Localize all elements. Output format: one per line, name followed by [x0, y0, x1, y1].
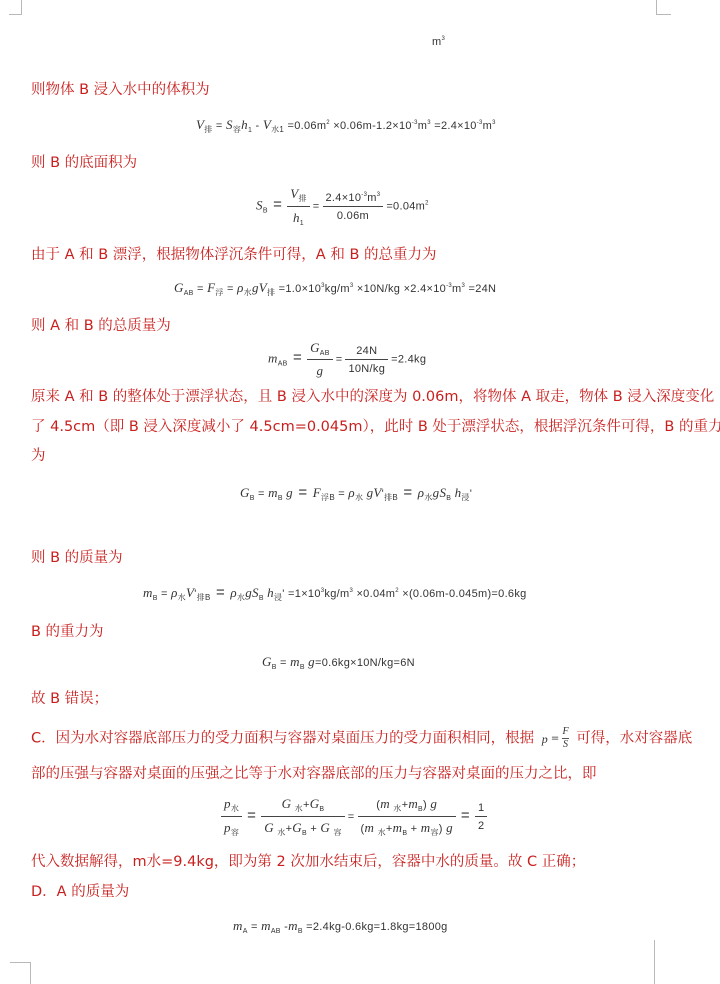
page-corner-mark-bottom-left [10, 962, 31, 984]
formula-b-mass: mB = ρ水V'排B = ρ水gSB h浸' =1×103kg/m3 ×0.0… [143, 584, 527, 603]
formula-a-mass: mA = mAB -mB =2.4kg-0.6kg=1.8kg=1800g [233, 918, 448, 935]
paragraph-b-volume-intro: 则物体 B 浸入水中的体积为 [31, 80, 210, 100]
paragraph-remove-a-line2: 了 4.5cm（即 B 浸入深度减小了 4.5cm=0.045m），此时 B 处… [31, 417, 720, 437]
paragraph-ab-gravity-intro: 由于 A 和 B 漂浮，根据物体浮沉条件可得，A 和 B 的总重力为 [31, 245, 437, 265]
paragraph-b-wrong: 故 B 错误； [31, 689, 108, 709]
paragraph-remove-a-line1: 原来 A 和 B 的整体处于漂浮状态，且 B 浸入水中的深度为 0.06m，将物… [31, 387, 714, 407]
formula-v-displaced: V排 = S容h1 - V水1 =0.06m2 ×0.06m-1.2×10-3m… [196, 117, 496, 135]
paragraph-b-base-area-intro: 则 B 的底面积为 [31, 153, 137, 173]
formula-pressure-ratio: p水p容=G 水+GBG 水+GB + G 容=(m 水+mB) g(m 水+m… [218, 796, 490, 838]
formula-ab-gravity: GAB = F浮 = ρ水gV排 =1.0×103kg/m3 ×10N/kg ×… [174, 280, 496, 298]
paragraph-d-intro: D．A 的质量为 [31, 882, 129, 902]
page-corner-mark-top-left [9, 0, 22, 15]
page-corner-mark-bottom-right [654, 940, 656, 984]
paragraph-c-line1: C．因为水对容器底部压力的受力面积与容器对桌面压力的受力面积相同，根据 p = … [31, 726, 692, 751]
formula-b-base-area: SB =V排h1=2.4×10-3m30.06m=0.04m2 [256, 186, 429, 227]
paragraph-b-mass-intro: 则 B 的质量为 [31, 548, 123, 568]
page-corner-mark-top-right [656, 0, 671, 15]
formula-ab-mass: mAB =GABg=24N10N/kg=2.4kg [268, 340, 426, 379]
paragraph-c-line1-part-b: 可得，水对容器底 [576, 731, 692, 747]
paragraph-ab-mass-intro: 则 A 和 B 的总质量为 [31, 316, 171, 336]
paragraph-b-gravity-intro: B 的重力为 [31, 622, 104, 642]
inline-formula-p-equals-f-over-s: p = FS [542, 726, 569, 751]
formula-b-gravity-floating: GB = mB g = F浮B = ρ水 gV'排B = ρ水gSB h浸' [240, 484, 472, 503]
top-fragment: m3 [432, 36, 445, 48]
formula-b-gravity: GB = mB g=0.6kg×10N/kg=6N [262, 654, 415, 671]
paragraph-c-line2: 部的压强与容器对桌面的压强之比等于水对容器底部的压力与容器对桌面的压力之比，即 [31, 764, 597, 784]
paragraph-c-line1-part-a: C．因为水对容器底部压力的受力面积与容器对桌面压力的受力面积相同，根据 [31, 731, 534, 747]
paragraph-remove-a-line3: 为 [31, 446, 46, 466]
paragraph-c-result: 代入数据解得，m水=9.4kg，即为第 2 次加水结束后，容器中水的质量。故 C… [31, 852, 585, 872]
